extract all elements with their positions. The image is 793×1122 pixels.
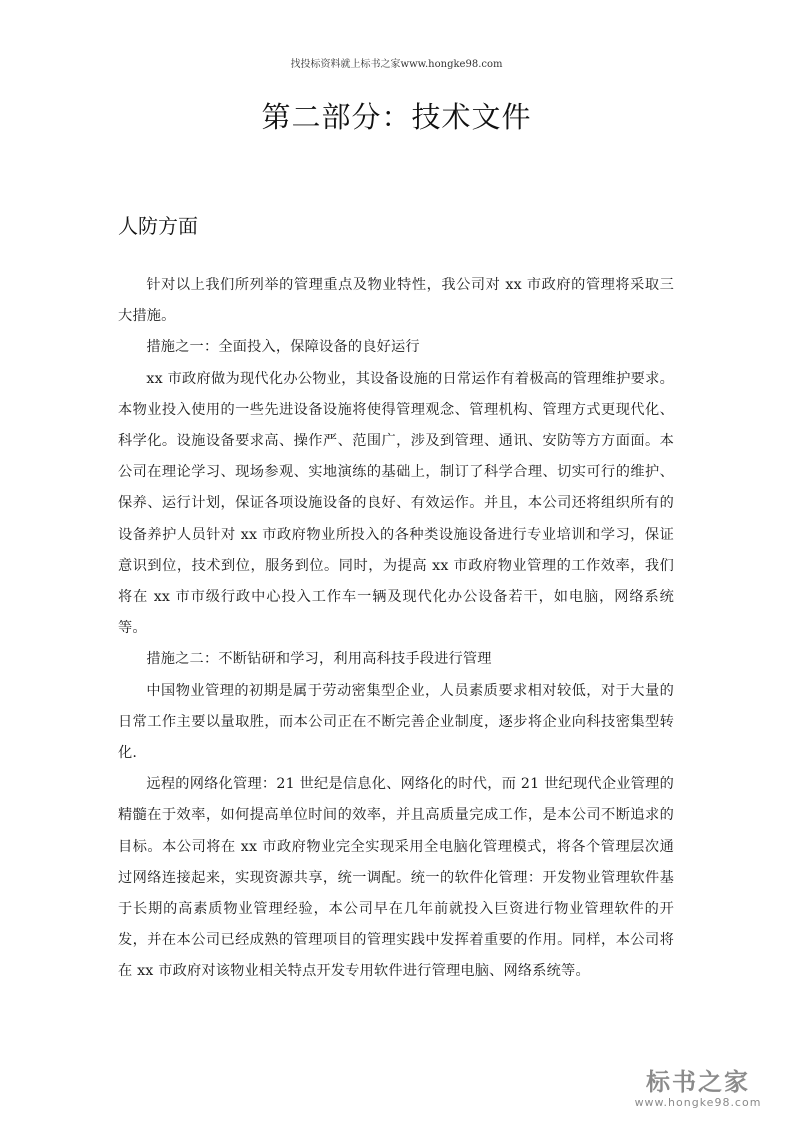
paragraph-measure-one-heading: 措施之一：全面投入，保障设备的良好运行 xyxy=(118,332,674,363)
document-body: 针对以上我们所列举的管理重点及物业特性，我公司对 xx 市政府的管理将采取三大措… xyxy=(118,270,674,988)
watermark-logo: 标书之家 www.hongke98.com xyxy=(628,1068,768,1110)
section-heading: 人防方面 xyxy=(118,210,198,239)
paragraph-network-management: 远程的网络化管理：21 世纪是信息化、网络化的时代，而 21 世纪现代企业管理的… xyxy=(118,769,674,987)
paragraph-measure-two-body: 中国物业管理的初期是属于劳动密集型企业，人员素质要求相对较低，对于大量的日常工作… xyxy=(118,676,674,770)
paragraph-measure-two-heading: 措施之二：不断钻研和学习，利用高科技手段进行管理 xyxy=(118,644,674,675)
watermark-url: www.hongke98.com xyxy=(628,1096,768,1110)
watermark-brand: 标书之家 xyxy=(628,1068,768,1096)
paragraph-intro: 针对以上我们所列举的管理重点及物业特性，我公司对 xx 市政府的管理将采取三大措… xyxy=(118,270,674,332)
page-header: 找投标资料就上标书之家www.hongke98.com xyxy=(0,55,793,70)
document-title: 第二部分：技术文件 xyxy=(0,95,793,136)
paragraph-measure-one-body: xx 市政府做为现代化办公物业，其设备设施的日常运作有着极高的管理维护要求。本物… xyxy=(118,364,674,645)
